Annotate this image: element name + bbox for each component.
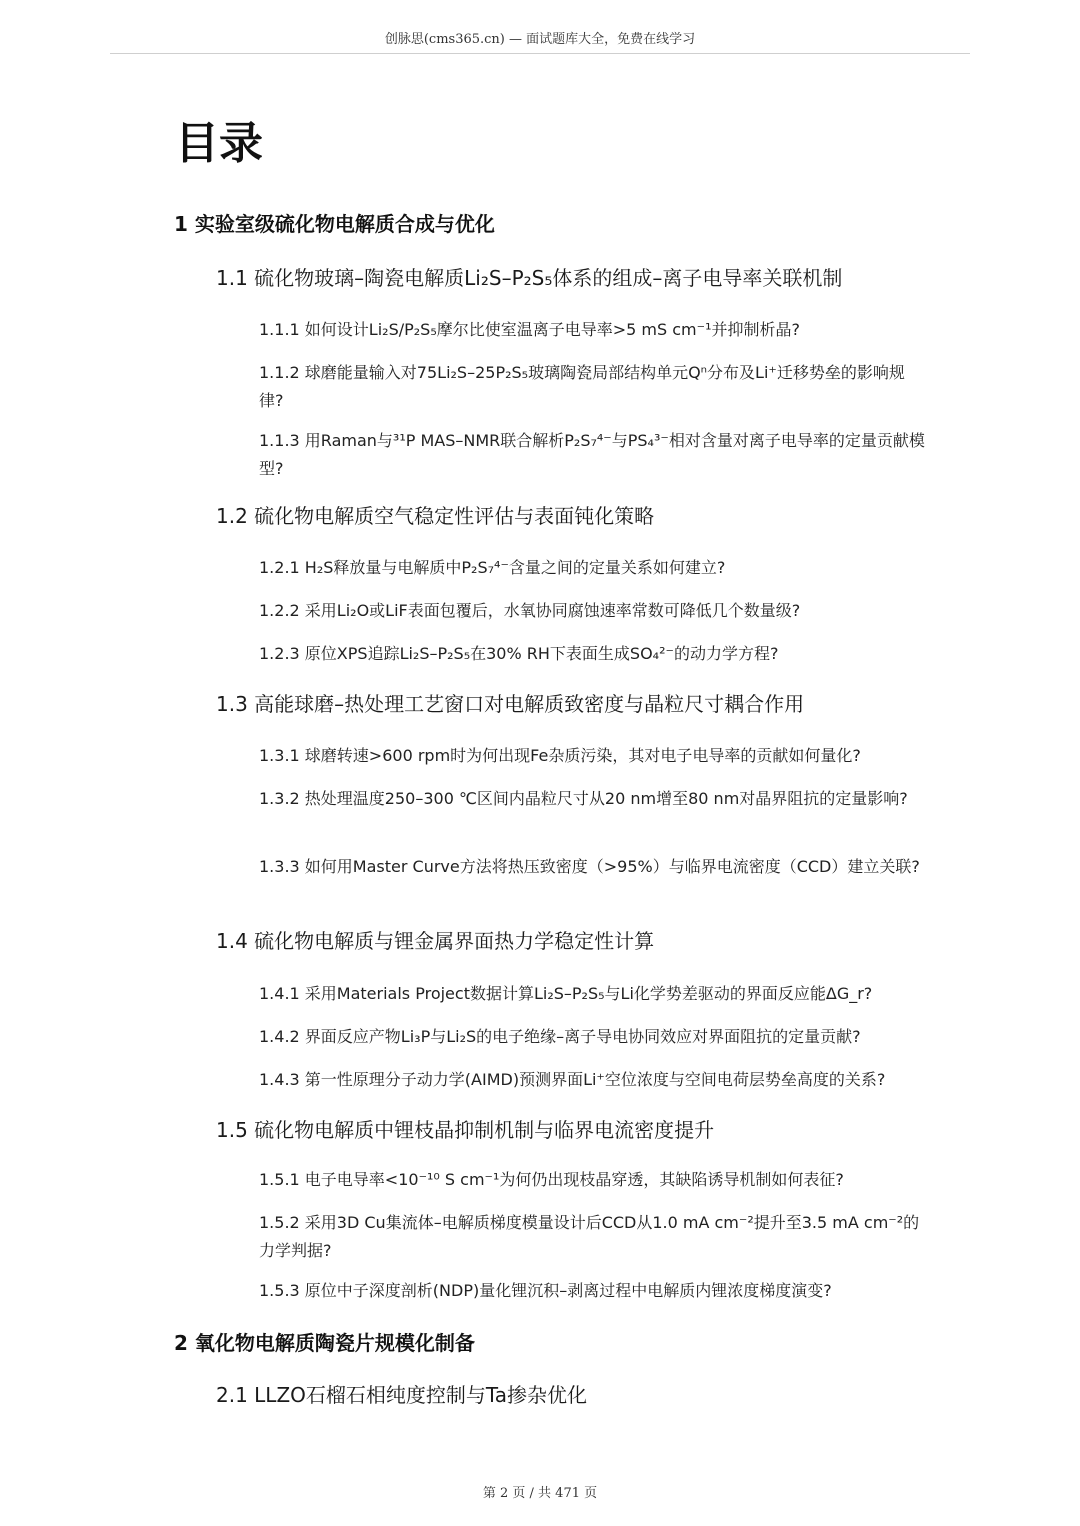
toc-entry-1-4[interactable]: 1.4 硫化物电解质与锂金属界面热力学稳定性计算 (216, 931, 654, 951)
running-header: 创脉思(cms365.cn) — 面试题库大全，免费在线学习 (0, 28, 1080, 47)
toc-entry-section-2[interactable]: 2 氧化物电解质陶瓷片规模化制备 (174, 1333, 475, 1353)
toc-entry-1-3-1[interactable]: 1.3.1 球磨转速>600 rpm时为何出现Fe杂质污染，其对电子电导率的贡献… (259, 742, 929, 770)
toc-entry-1-1-1[interactable]: 1.1.1 如何设计Li₂S/P₂S₅摩尔比使室温离子电导率>5 mS cm⁻¹… (259, 316, 929, 344)
toc-entry-2-1[interactable]: 2.1 LLZO石榴石相纯度控制与Ta掺杂优化 (216, 1385, 587, 1405)
toc-entry-1-2[interactable]: 1.2 硫化物电解质空气稳定性评估与表面钝化策略 (216, 506, 654, 526)
toc-entry-1-2-1[interactable]: 1.2.1 H₂S释放量与电解质中P₂S₇⁴⁻含量之间的定量关系如何建立? (259, 554, 929, 582)
toc-entry-1-5-1[interactable]: 1.5.1 电子电导率<10⁻¹⁰ S cm⁻¹为何仍出现枝晶穿透，其缺陷诱导机… (259, 1166, 929, 1194)
toc-title: 目录 (175, 118, 263, 171)
toc-entry-1-3[interactable]: 1.3 高能球磨–热处理工艺窗口对电解质致密度与晶粒尺寸耦合作用 (216, 694, 804, 714)
toc-entry-1-4-1[interactable]: 1.4.1 采用Materials Project数据计算Li₂S–P₂S₅与L… (259, 980, 929, 1008)
toc-entry-1-1[interactable]: 1.1 硫化物玻璃–陶瓷电解质Li₂S–P₂S₅体系的组成–离子电导率关联机制 (216, 268, 842, 288)
toc-entry-1-5-2[interactable]: 1.5.2 采用3D Cu集流体–电解质梯度模量设计后CCD从1.0 mA cm… (259, 1209, 929, 1265)
toc-entry-1-4-2[interactable]: 1.4.2 界面反应产物Li₃P与Li₂S的电子绝缘–离子导电协同效应对界面阻抗… (259, 1023, 929, 1051)
header-divider (110, 53, 970, 54)
page-footer: 第 2 页 / 共 471 页 (0, 1482, 1080, 1501)
toc-entry-section-1[interactable]: 1 实验室级硫化物电解质合成与优化 (174, 214, 495, 234)
toc-entry-1-3-2[interactable]: 1.3.2 热处理温度250–300 ℃区间内晶粒尺寸从20 nm增至80 nm… (259, 785, 929, 813)
toc-entry-1-5-3[interactable]: 1.5.3 原位中子深度剖析(NDP)量化锂沉积–剥离过程中电解质内锂浓度梯度演… (259, 1277, 929, 1305)
toc-entry-1-2-2[interactable]: 1.2.2 采用Li₂O或LiF表面包覆后，水氧协同腐蚀速率常数可降低几个数量级… (259, 597, 929, 625)
toc-entry-1-4-3[interactable]: 1.4.3 第一性原理分子动力学(AIMD)预测界面Li⁺空位浓度与空间电荷层势… (259, 1066, 929, 1094)
toc-entry-1-3-3[interactable]: 1.3.3 如何用Master Curve方法将热压致密度（>95%）与临界电流… (259, 853, 929, 881)
toc-entry-1-5[interactable]: 1.5 硫化物电解质中锂枝晶抑制机制与临界电流密度提升 (216, 1120, 714, 1140)
toc-entry-1-1-3[interactable]: 1.1.3 用Raman与³¹P MAS–NMR联合解析P₂S₇⁴⁻与PS₄³⁻… (259, 427, 929, 483)
toc-entry-1-2-3[interactable]: 1.2.3 原位XPS追踪Li₂S–P₂S₅在30% RH下表面生成SO₄²⁻的… (259, 640, 929, 668)
toc-entry-1-1-2[interactable]: 1.1.2 球磨能量输入对75Li₂S–25P₂S₅玻璃陶瓷局部结构单元Qⁿ分布… (259, 359, 929, 415)
